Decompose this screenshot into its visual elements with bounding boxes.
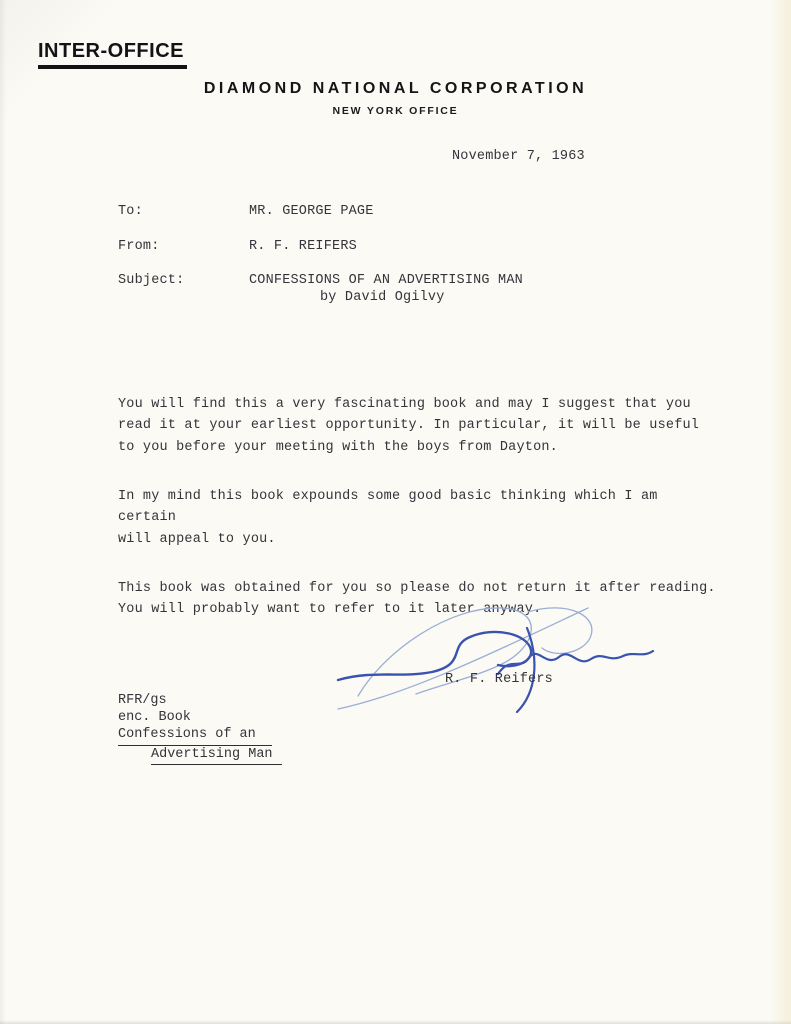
to-value: MR. GEORGE PAGE xyxy=(249,201,374,223)
from-label: From: xyxy=(118,236,160,258)
signature-block xyxy=(330,592,660,717)
subject-byline: by David Ogilvy xyxy=(320,287,445,309)
book-title-line2: Advertising Man xyxy=(151,746,282,765)
typed-signature-name: R. F. Reifers xyxy=(445,669,553,691)
body-paragraph: In my mind this book expounds some good … xyxy=(118,486,718,551)
signature-ink-icon xyxy=(330,592,660,717)
date-line: November 7, 1963 xyxy=(452,146,585,168)
subject-label: Subject: xyxy=(118,270,184,292)
book-title-line1: Confessions of an xyxy=(118,726,272,745)
office-name: NEW YORK OFFICE xyxy=(0,105,791,117)
letterhead: DIAMOND NATIONAL CORPORATION NEW YORK OF… xyxy=(0,80,791,117)
enclosure-note: enc. Book xyxy=(118,709,282,726)
footer-block: RFR/gs enc. Book Confessions of an Adver… xyxy=(118,692,282,765)
memo-page: INTER-OFFICE DIAMOND NATIONAL CORPORATIO… xyxy=(0,0,791,1024)
to-label: To: xyxy=(118,201,143,223)
inter-office-label: INTER-OFFICE xyxy=(38,40,187,69)
from-value: R. F. REIFERS xyxy=(249,236,357,258)
typist-initials: RFR/gs xyxy=(118,692,282,709)
company-name: DIAMOND NATIONAL CORPORATION xyxy=(0,80,791,98)
body-paragraph: You will find this a very fascinating bo… xyxy=(118,394,718,459)
